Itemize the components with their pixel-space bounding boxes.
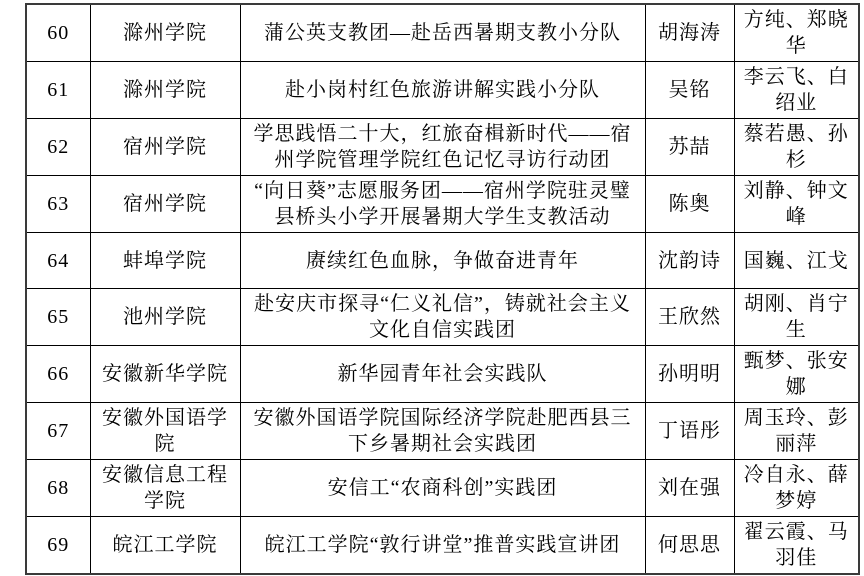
members-names-cell: 蔡若愚、孙杉 (734, 119, 859, 176)
table-row: 63 宿州学院 “向日葵”志愿服务团——宿州学院驻灵璧县桥头小学开展暑期大学生支… (26, 176, 859, 233)
leader-name-cell: 丁语彤 (645, 403, 734, 460)
row-number-cell: 60 (26, 4, 90, 62)
leader-name-cell: 王欣然 (645, 289, 734, 346)
table-row: 66 安徽新华学院 新华园青年社会实践队 孙明明 甄梦、张安娜 (26, 346, 859, 403)
row-number-cell: 64 (26, 233, 90, 289)
leader-name-cell: 胡海涛 (645, 4, 734, 62)
project-name-cell: 赴安庆市探寻“仁义礼信”，铸就社会主义文化自信实践团 (240, 289, 645, 346)
leader-name-cell: 刘在强 (645, 460, 734, 517)
members-names-cell: 国巍、江戈 (734, 233, 859, 289)
table-row: 64 蚌埠学院 赓续红色血脉，争做奋进青年 沈韵诗 国巍、江戈 (26, 233, 859, 289)
project-name-cell: 安徽外国语学院国际经济学院赴肥西县三下乡暑期社会实践团 (240, 403, 645, 460)
college-cell: 蚌埠学院 (90, 233, 240, 289)
leader-name-cell: 苏喆 (645, 119, 734, 176)
college-cell: 安徽新华学院 (90, 346, 240, 403)
college-cell: 池州学院 (90, 289, 240, 346)
members-names-cell: 周玉玲、彭丽萍 (734, 403, 859, 460)
members-names-cell: 方纯、郑晓华 (734, 4, 859, 62)
college-cell: 滁州学院 (90, 4, 240, 62)
college-cell: 宿州学院 (90, 119, 240, 176)
leader-name-cell: 吴铭 (645, 62, 734, 119)
leader-name-cell: 沈韵诗 (645, 233, 734, 289)
project-name-cell: 皖江工学院“敦行讲堂”推普实践宣讲团 (240, 517, 645, 575)
row-number-cell: 67 (26, 403, 90, 460)
members-names-cell: 李云飞、白绍业 (734, 62, 859, 119)
college-cell: 安徽信息工程学院 (90, 460, 240, 517)
table-row: 60 滁州学院 蒲公英支教团—赴岳西暑期支教小分队 胡海涛 方纯、郑晓华 (26, 4, 859, 62)
row-number-cell: 63 (26, 176, 90, 233)
project-name-cell: 新华园青年社会实践队 (240, 346, 645, 403)
table-row: 65 池州学院 赴安庆市探寻“仁义礼信”，铸就社会主义文化自信实践团 王欣然 胡… (26, 289, 859, 346)
table-row: 68 安徽信息工程学院 安信工“农商科创”实践团 刘在强 冷自永、薛梦婷 (26, 460, 859, 517)
members-names-cell: 翟云霞、马羽佳 (734, 517, 859, 575)
practice-teams-table: 60 滁州学院 蒲公英支教团—赴岳西暑期支教小分队 胡海涛 方纯、郑晓华 61 … (25, 3, 860, 575)
row-number-cell: 66 (26, 346, 90, 403)
leader-name-cell: 孙明明 (645, 346, 734, 403)
project-name-cell: “向日葵”志愿服务团——宿州学院驻灵璧县桥头小学开展暑期大学生支教活动 (240, 176, 645, 233)
row-number-cell: 69 (26, 517, 90, 575)
leader-name-cell: 陈奥 (645, 176, 734, 233)
row-number-cell: 61 (26, 62, 90, 119)
members-names-cell: 胡刚、肖宁生 (734, 289, 859, 346)
project-name-cell: 赴小岗村红色旅游讲解实践小分队 (240, 62, 645, 119)
table-row: 69 皖江工学院 皖江工学院“敦行讲堂”推普实践宣讲团 何思思 翟云霞、马羽佳 (26, 517, 859, 575)
college-cell: 安徽外国语学院 (90, 403, 240, 460)
college-cell: 宿州学院 (90, 176, 240, 233)
document-page: 60 滁州学院 蒲公英支教团—赴岳西暑期支教小分队 胡海涛 方纯、郑晓华 61 … (0, 0, 864, 576)
project-name-cell: 蒲公英支教团—赴岳西暑期支教小分队 (240, 4, 645, 62)
college-cell: 滁州学院 (90, 62, 240, 119)
members-names-cell: 甄梦、张安娜 (734, 346, 859, 403)
project-name-cell: 赓续红色血脉，争做奋进青年 (240, 233, 645, 289)
table-body: 60 滁州学院 蒲公英支教团—赴岳西暑期支教小分队 胡海涛 方纯、郑晓华 61 … (26, 4, 859, 574)
table-row: 61 滁州学院 赴小岗村红色旅游讲解实践小分队 吴铭 李云飞、白绍业 (26, 62, 859, 119)
members-names-cell: 冷自永、薛梦婷 (734, 460, 859, 517)
table-row: 62 宿州学院 学思践悟二十大，红旅奋楫新时代——宿州学院管理学院红色记忆寻访行… (26, 119, 859, 176)
members-names-cell: 刘静、钟文峰 (734, 176, 859, 233)
row-number-cell: 65 (26, 289, 90, 346)
project-name-cell: 学思践悟二十大，红旅奋楫新时代——宿州学院管理学院红色记忆寻访行动团 (240, 119, 645, 176)
college-cell: 皖江工学院 (90, 517, 240, 575)
table-row: 67 安徽外国语学院 安徽外国语学院国际经济学院赴肥西县三下乡暑期社会实践团 丁… (26, 403, 859, 460)
project-name-cell: 安信工“农商科创”实践团 (240, 460, 645, 517)
leader-name-cell: 何思思 (645, 517, 734, 575)
row-number-cell: 62 (26, 119, 90, 176)
row-number-cell: 68 (26, 460, 90, 517)
